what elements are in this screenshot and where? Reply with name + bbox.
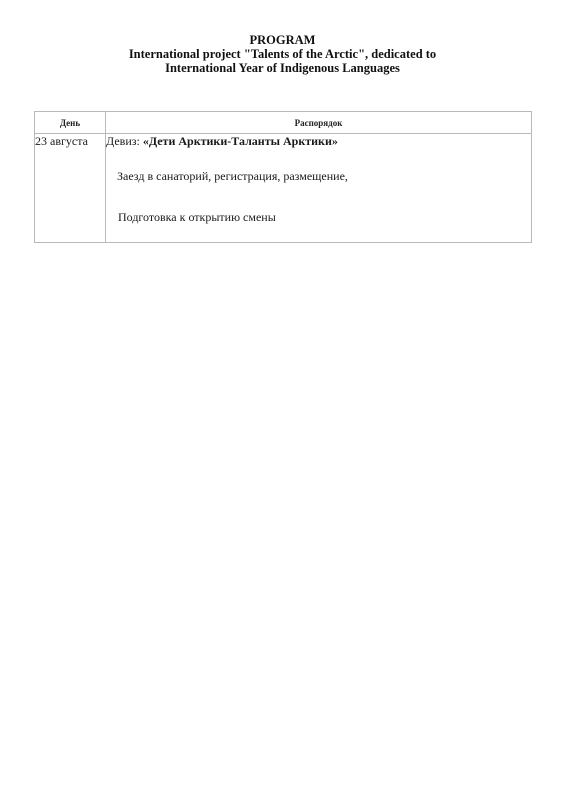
schedule-cell: Девиз: «Дети Арктики-Таланты Арктики» За… [106,134,532,243]
header-schedule: Распорядок [106,112,532,134]
table-row: 23 августа Девиз: «Дети Арктики-Таланты … [35,134,532,243]
motto-label: Девиз: [106,134,143,148]
schedule-item: Подготовка к открытию смены [118,210,276,225]
schedule-table: День Распорядок 23 августа Девиз: «Дети … [34,111,532,243]
document-title-block: PROGRAM International project "Talents o… [0,33,565,75]
motto-text: «Дети Арктики-Таланты Арктики» [143,134,338,148]
header-day: День [35,112,106,134]
document-subtitle-line-2: International Year of Indigenous Languag… [0,61,565,75]
day-cell: 23 августа [35,134,106,243]
motto: Девиз: «Дети Арктики-Таланты Арктики» [106,134,531,149]
document-subtitle-line-1: International project "Talents of the Ar… [0,47,565,61]
document-title: PROGRAM [0,33,565,47]
schedule-item: Заезд в санаторий, регистрация, размещен… [117,169,348,184]
table-header-row: День Распорядок [35,112,532,134]
